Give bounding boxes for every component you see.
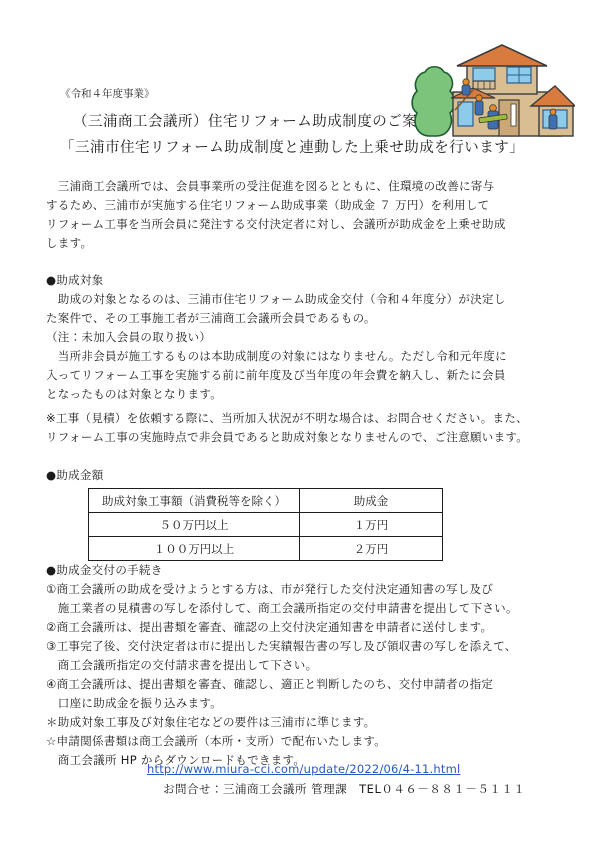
intro-line: するため、三浦市が実施する住宅リフォーム助成事業（助成金 ７ 万円）を利用して: [46, 196, 556, 215]
intro-paragraph: 三浦商工会議所では、会員事業所の受注促進を図るとともに、住環境の改善に寄与 する…: [46, 177, 556, 253]
procedure-line: ☆申請関係書類は商工会議所（本所・支所）で配布いたします。: [46, 732, 556, 751]
intro-line: 三浦商工会議所では、会員事業所の受注促進を図るとともに、住環境の改善に寄与: [46, 177, 556, 196]
procedure-line: 口座に助成金を振り込みます。: [46, 694, 556, 713]
note-line: リフォーム工事の実施時点で非会員であると助成対象となりませんので、ご注意願います…: [46, 428, 556, 447]
table-cell: ２万円: [300, 537, 443, 561]
table-cell: １００万円以上: [89, 537, 300, 561]
intro-line: リフォーム工事を当所会員に発注する交付決定者に対し、会議所が助成金を上乗せ助成: [46, 215, 556, 234]
table-header-cell: 助成金: [300, 489, 443, 513]
contact-info: お問合せ：三浦商工会議所 管理課 TEL０４６－８８１－５１１１: [163, 781, 525, 797]
table-row: １００万円以上 ２万円: [89, 537, 443, 561]
target-line: た案件で、その工事施工者が三浦商工会議所会員であるもの。: [46, 309, 556, 328]
subsidy-amount-table: 助成対象工事額（消費税等を除く） 助成金 ５０万円以上 １万円 １００万円以上 …: [88, 488, 443, 561]
page-title: （三浦商工会議所）住宅リフォーム助成制度のご案内: [73, 110, 432, 131]
target-line: となったものは対象となります。: [46, 385, 556, 404]
target-line: 入ってリフォーム工事を実施する前に前年度及び当年度の年会費を納入し、新たに会員: [46, 366, 556, 385]
fiscal-year-tag: 《令和４年度事業》: [60, 86, 155, 101]
table-header-row: 助成対象工事額（消費税等を除く） 助成金: [89, 489, 443, 513]
procedure-line: ②商工会議所は、提出書類を審査、確認の上交付決定通知書を申請者に送付します。: [46, 618, 556, 637]
procedure-line: 施工業者の見積書の写しを添付して、商工会議所指定の交付申請書を提出して下さい。: [46, 599, 556, 618]
procedure-line: ③工事完了後、交付決定者は市に提出した実績報告書の写し及び領収書の写しを添えて、: [46, 637, 556, 656]
intro-line: します。: [46, 234, 556, 253]
section-heading-target: ●助成対象: [46, 271, 104, 290]
caution-note: ※工事（見積）を依頼する際に、当所加入状況が不明な場合は、お問合せください。また…: [46, 409, 556, 447]
table-row: ５０万円以上 １万円: [89, 513, 443, 537]
procedure-section: ①商工会議所の助成を受けようとする方は、市が発行した交付決定通知書の写し及び 施…: [46, 580, 556, 770]
table-cell: １万円: [300, 513, 443, 537]
target-line: 当所非会員が施工するものは本助成制度の対象にはなりません。ただし令和元年度に: [46, 347, 556, 366]
download-url-link[interactable]: http://www.miura-cci.com/update/2022/06/…: [147, 762, 460, 776]
procedure-line: ④商工会議所は、提出書類を審査、確認し、適正と判断したのち、交付申請者の指定: [46, 675, 556, 694]
target-section: 助成の対象となるのは、三浦市住宅リフォーム助成金交付（令和４年度分）が決定し た…: [46, 290, 556, 404]
procedure-line: ＊助成対象工事及び対象住宅などの要件は三浦市に準じます。: [46, 713, 556, 732]
section-heading-amount: ●助成金額: [46, 466, 104, 485]
note-line: ※工事（見積）を依頼する際に、当所加入状況が不明な場合は、お問合せください。また…: [46, 409, 556, 428]
tree-icon: [412, 67, 454, 136]
table-header-cell: 助成対象工事額（消費税等を除く）: [89, 489, 300, 513]
document-page: 《令和４年度事業》 （三浦商工会議所）住宅リフォーム助成制度のご案内 「三浦市住…: [0, 0, 595, 842]
target-line: （注：未加入会員の取り扱い）: [46, 328, 556, 347]
house-renovation-illustration: [403, 40, 575, 140]
section-heading-procedure: ●助成金交付の手続き: [46, 561, 163, 580]
target-line: 助成の対象となるのは、三浦市住宅リフォーム助成金交付（令和４年度分）が決定し: [46, 290, 556, 309]
procedure-line: 商工会議所指定の交付請求書を提出して下さい。: [46, 656, 556, 675]
table-cell: ５０万円以上: [89, 513, 300, 537]
procedure-line: ①商工会議所の助成を受けようとする方は、市が発行した交付決定通知書の写し及び: [46, 580, 556, 599]
